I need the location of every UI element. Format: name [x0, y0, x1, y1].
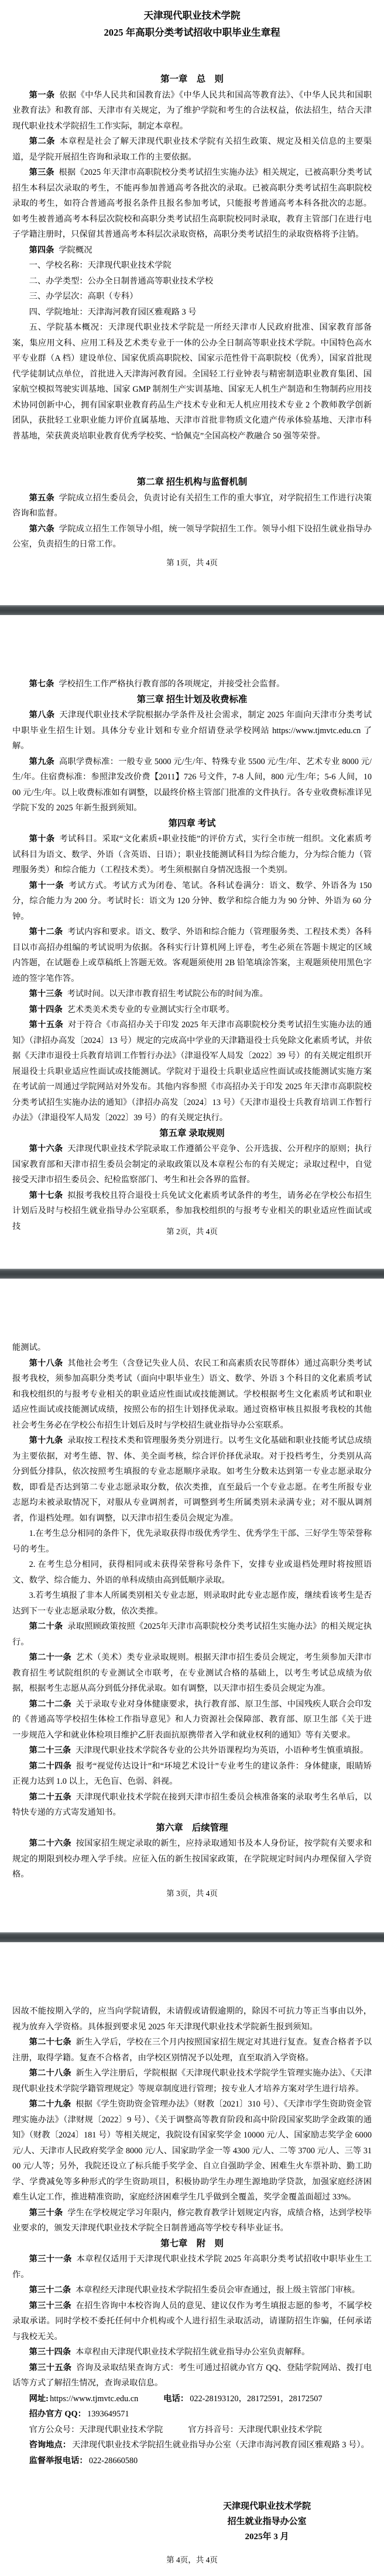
paragraph: 第八条天津现代职业技术学院根据办学条件及社会需求，制定 2025 年面向天津市分…	[12, 707, 372, 754]
paragraph: 三、办学层次：高职（专科）	[12, 289, 372, 305]
paragraph-text: 1.在考生总分相同的条件下，优先录取获得市级优秀学生、优秀学生干部、三好学生等荣…	[12, 1529, 372, 1554]
article-label: 第二十七条	[29, 2038, 71, 2047]
paragraph-text: 2. 在考生总分相同，获得相同或未获得荣誉称号条件下，安排专业或退档处理时将按照…	[12, 1560, 372, 1585]
contact-line: 监督举报电话：022-28660580	[12, 2453, 372, 2469]
paragraph: 第二十四条报考“视觉传达设计”和“环境艺术设计”专业考生的建议条件：身体健康，眼…	[12, 1759, 372, 1790]
page-separator	[0, 1932, 384, 1942]
page-1: 天津现代职业技术学院2025 年高职分类考试招收中职毕业生章程第一章 总 则第一…	[0, 0, 384, 605]
paragraph: 第三十五条咨询及录取结果查询方式：考生可通过招就办官方 QQ、登陆学院网站、拨打…	[12, 2360, 372, 2391]
paragraph-text: 本章程是社会了解天津现代职业技术学院有关招生政策、规定及相关信息的主要渠道，是学…	[12, 137, 372, 162]
article-label: 第二十六条	[29, 1839, 71, 1848]
contact-line: 官方公众号：天津现代职业技术学院 官方抖音号：天津现代职业技术学院	[12, 2422, 372, 2438]
blank-lines	[12, 41, 372, 72]
article-label: 第十七条	[29, 1191, 63, 1200]
paragraph: 第六条学院成立招生工作领导小组，统一领导学院招生工作。领导小组下设招生就业指导办…	[12, 522, 372, 553]
paragraph: 第五条学院成立招生委员会，负责讨论有关招生工作的重大事宜，对学院招生工作进行决策…	[12, 491, 372, 522]
paragraph: 五、学院基本概况：天津现代职业技术学院是一所经天津市人民政府批准、国家教育部备案…	[12, 320, 372, 444]
page-3: 能测试。第十八条其他社会考生（含登记失业人员、农民工和高素质农民等群体）通过高职…	[0, 1279, 384, 1932]
signature-block: 天津现代职业技术学院招生就业指导办公室2025年 3 月	[223, 2499, 311, 2544]
article-label: 第三十五条	[29, 2363, 72, 2373]
chapter-heading: 第五章 录取规则	[12, 1126, 372, 1142]
contact-label: 监督举报电话：	[29, 2456, 88, 2465]
article-label: 第十五条	[29, 1020, 64, 1030]
paragraph: 第九条高职学费标准：一般专业 5000 元/生/年、特殊专业 5500 元/生/…	[12, 754, 372, 816]
paragraph-text: 学生在学校规定学习年限内，修完教育教学计划规定内容，成绩合格，达到学校毕业要求的…	[12, 2208, 372, 2233]
article-label: 第二十五条	[29, 1793, 71, 1802]
article-label: 第三十条	[29, 2208, 63, 2218]
article-label: 第三十二条	[29, 2285, 71, 2295]
paragraph-text: 录取照顾政策按照《2025年天津市高职院校分类考试招生实施办法》的相关规定执行。	[12, 1622, 372, 1647]
paragraph-text: 学院概况	[59, 246, 92, 255]
paragraph-text: 天津现代职业技术学院根据办学条件及社会需求，制定 2025 年面向天津市分类考试…	[12, 710, 372, 751]
paragraph-text: 五、学院基本概况：天津现代职业技术学院是一所经天津市人民政府批准、国家教育部备案…	[12, 323, 372, 441]
contact-value: https://www.tjmvtc.edu.cn	[50, 2394, 138, 2404]
paragraph: 第二十六条按国家招生规定录取的新生，应持录取通知书及本人身份证，按学院有关要求和…	[12, 1836, 372, 1883]
article-label: 第十六条	[29, 1144, 63, 1154]
paragraph: 第七条学校招生工作严格执行教育部的各项规定，并接受社会监督。	[12, 676, 372, 692]
article-label: 第十九条	[29, 1436, 63, 1445]
paragraph: 第三十一条本章程仅适用于天津现代职业技术学院 2025 年高职分类考试招收中职毕…	[12, 2252, 372, 2283]
article-label: 第五条	[29, 493, 54, 503]
paragraph-text: 考试内容和要求。语文、数学、外语和综合能力（管理服务类、工程技术类）各科目以市高…	[12, 927, 372, 983]
chapter-heading: 第一章 总 则	[12, 72, 372, 88]
paragraph: 第十条考试科目。采取“文化素质+职业技能”的评价方式，实行全市统一组织。文化素质…	[12, 831, 372, 878]
page-2: 第七条学校招生工作严格执行教育部的各项规定，并接受社会监督。第三章 招生计划及收…	[0, 615, 384, 1269]
paragraph: 第十一条考试方式。考试方式为闭卷、笔试。各科试卷满分：语文、数学、外语各为 15…	[12, 878, 372, 925]
paragraph-text: 对于符合《市高招办关于印发 2025 年天津市高职院校分类考试招生实施办法的通知…	[12, 1020, 372, 1123]
article-label: 第十四条	[29, 1005, 63, 1014]
paragraph-text: 其他社会考生（含登记失业人员、农民工和高素质农民等群体）通过高职分类考试报考我校…	[12, 1359, 372, 1430]
contact-value: 022-28660580	[89, 2456, 138, 2465]
article-label: 第二十九条	[29, 2100, 71, 2109]
page-separator	[0, 1269, 384, 1279]
contact-value: 官方抖音号：天津现代职业技术学院	[188, 2425, 322, 2435]
contact-value	[163, 2425, 188, 2435]
document-title-line: 2025 年高职分类考试招收中职毕业生章程	[12, 24, 372, 41]
paragraph: 第十八条其他社会考生（含登记失业人员、农民工和高素质农民等群体）通过高职分类考试…	[12, 1356, 372, 1434]
chapter-heading: 第三章 招生计划及收费标准	[12, 692, 372, 708]
page-footer: 第 4页，共 4页	[0, 2556, 384, 2565]
article-label: 第四条	[29, 246, 54, 255]
paragraph: 第十六条天津现代职业技术学院录取工作遵循公平竞争、公开选拔、公开程序的原则；执行…	[12, 1141, 372, 1188]
paragraph-continuation: 能测试。	[12, 1340, 372, 1356]
paragraph-text: 天津现代职业技术学院录取工作遵循公平竞争、公开选拔、公开程序的原则；执行国家教育…	[12, 1144, 372, 1185]
signature-line: 招生就业指导办公室	[223, 2514, 311, 2529]
contact-value	[138, 2394, 163, 2404]
article-label: 第三十四条	[29, 2347, 71, 2357]
paragraph-text: 根据《学生资助资金管理办法》（财教〔2021〕310 号）、《天津市学生资助资金…	[12, 2100, 372, 2202]
paragraph: 一、学校名称：天津现代职业技术学院	[12, 258, 372, 274]
contact-label: 电话：	[163, 2394, 188, 2404]
article-label: 第十八条	[29, 1359, 63, 1368]
article-label: 第七条	[29, 679, 54, 689]
article-label: 第十一条	[29, 881, 64, 890]
paragraph-text: 3.若考生填报了非本人所属类别相关专业志愿，则录取时此专业志愿作废，继续看该考生…	[12, 1591, 372, 1616]
chapter-heading: 第六章 后续管理	[12, 1821, 372, 1836]
paragraph-text: 因故不能按期入学的，应当向学院请假，未请假或请假逾期的，除因不可抗力等正当事由以…	[12, 2007, 372, 2032]
article-label: 第二十一条	[29, 1653, 71, 1662]
contact-line: 招办官方 QQ：1393649571	[12, 2406, 372, 2422]
paragraph: 二、办学类型：公办全日制普通高等职业技术学校	[12, 274, 372, 289]
paragraph: 第三十四条本章程由天津现代职业技术学院招生就业指导办公室负责解释。	[12, 2344, 372, 2360]
article-label: 第二十四条	[29, 1762, 72, 1771]
article-label: 第十条	[29, 834, 55, 844]
paragraph: 3.若考生填报了非本人所属类别相关专业志愿，则录取时此专业志愿作废，继续看该考生…	[12, 1588, 372, 1619]
paragraph-text: 能测试。	[12, 1343, 46, 1352]
paragraph-text: 录取按工程技术类和管理服务类分别进行。以考生文化基础和职业技能考试总成绩为主要依…	[12, 1436, 372, 1523]
paragraph: 2. 在考生总分相同，获得相同或未获得荣誉称号条件下，安排专业或退档处理时将按照…	[12, 1557, 372, 1588]
paragraph-continuation: 因故不能按期入学的，应当向学院请假，未请假或请假逾期的，除因不可抗力等正当事由以…	[12, 2004, 372, 2035]
article-label: 第九条	[29, 757, 54, 766]
paragraph: 第四条学院概况	[12, 243, 372, 258]
page-footer: 第 2页，共 4页	[0, 1227, 384, 1237]
paragraph-text: 本章程经天津现代职业技术学院招生委员会审查通过，报上级主管部门审核。	[76, 2285, 360, 2295]
chapter-heading: 第七章 附 则	[12, 2236, 372, 2252]
paragraph: 第一条依据《中华人民共和国教育法》《中华人民共和国高等教育法》、《中华人民共和国…	[12, 88, 372, 134]
paragraph: 第十九条录取按工程技术类和管理服务类分别进行。以考生文化基础和职业技能考试总成绩…	[12, 1433, 372, 1526]
paragraph: 第二十三条天津现代职业技术学院各专业的公共外语课程均为英语，小语种考生慎重填报。	[12, 1743, 372, 1759]
article-label: 第二十八条	[29, 2069, 71, 2078]
paragraph-text: 考试方式。考试方式为闭卷、笔试。各科试卷满分：语文、数学、外语各为 150 分，…	[12, 881, 372, 921]
paragraph-text: 拟报考我校且符合退役士兵免试文化素质考试条件的考生，请务必在学校公布招生计划后及…	[12, 1191, 372, 1231]
page-footer: 第 1页，共 4页	[0, 558, 384, 568]
contact-label: 网址:	[29, 2394, 49, 2404]
paragraph-text: 学院成立招生工作领导小组，统一领导学院招生工作。领导小组下设招生就业指导办公室，…	[12, 524, 372, 550]
contact-value: 022-28193120，28172591，28172507	[190, 2394, 322, 2404]
paragraph: 第三条根据《2025 年天津市高职院校分类考试招生实施办法》相关规定，已被高职分…	[12, 165, 372, 243]
page-footer: 第 3页，共 4页	[0, 1889, 384, 1898]
paragraph: 第三十条学生在学校规定学习年限内，修完教育教学计划规定内容，成绩合格，达到学校毕…	[12, 2205, 372, 2236]
signature-line: 天津现代职业技术学院	[223, 2499, 311, 2514]
article-label: 第十三条	[29, 989, 63, 999]
chapter-heading: 第四章 考试	[12, 816, 372, 832]
paragraph-text: 高职学费标准：一般专业 5000 元/生/年、特殊专业 5500 元/生/年、艺…	[12, 757, 372, 813]
paragraph-text: 考试科目。采取“文化素质+职业技能”的评价方式，实行全市统一组织。文化素质考试科…	[12, 834, 372, 875]
article-label: 第三十一条	[29, 2254, 72, 2264]
paragraph: 第二十二条关于录取专业对身体健康要求，执行教育部、原卫生部、中国残疾人联合会印发…	[12, 1697, 372, 1743]
contact-label: 咨询地点：	[29, 2440, 71, 2450]
paragraph: 第三十三条在招生咨询中本校咨询人员的意见、建议仅作为考生填报志愿的参考，不属学校…	[12, 2298, 372, 2345]
paragraph-text: 学校招生工作严格执行教育部的各项规定，并接受社会监督。	[59, 679, 284, 689]
contact-label: 招办官方 QQ：	[29, 2409, 86, 2419]
paragraph: 第二十一条艺术（美术）类专业录取规则。根据天津市招生委员会规定，考生须参加天津市…	[12, 1650, 372, 1697]
article-label: 第八条	[29, 710, 55, 720]
chapter-heading: 第二章 招生机构与监督机制	[12, 475, 372, 491]
paragraph-text: 二、办学类型：公办全日制普通高等职业技术学校	[29, 277, 214, 286]
contact-line: 网址:https://www.tjmvtc.edu.cn 电话：022-2819…	[12, 2391, 372, 2407]
paragraph: 第十三条考试时间。以天津市教育招生考试院公布的时间为准。	[12, 986, 372, 1002]
blank-lines	[12, 444, 372, 475]
paragraph-text: 天津现代职业技术学院各专业的公共外语课程均为英语，小语种考生慎重填报。	[76, 1746, 368, 1755]
paragraph: 1.在考生总分相同的条件下，优先录取获得市级优秀学生、优秀学生干部、三好学生等荣…	[12, 1526, 372, 1557]
paragraph: 第三十二条本章程经天津现代职业技术学院招生委员会审查通过，报上级主管部门审核。	[12, 2283, 372, 2298]
paragraph-text: 根据《2025 年天津市高职院校分类考试招生实施办法》相关规定，已被高职分类考试…	[12, 168, 372, 239]
article-label: 第三十三条	[29, 2301, 71, 2311]
paragraph-text: 三、办学层次：高职（专科）	[29, 292, 138, 301]
article-label: 第十二条	[29, 927, 63, 937]
article-label: 第二十二条	[29, 1700, 71, 1709]
signature-line: 2025年 3 月	[223, 2529, 311, 2544]
article-label: 第二条	[29, 137, 55, 146]
paragraph-text: 艺术类美术类专业的专业测试实行全市联考。	[67, 1005, 235, 1014]
paragraph-text: 学院成立招生委员会，负责讨论有关招生工作的重大事宜，对学院招生工作进行决策咨询和…	[12, 493, 372, 519]
paragraph: 四、学院地址：天津海河教育园区雅观路 3 号	[12, 305, 372, 320]
paragraph: 第二十九条根据《学生资助资金管理办法》（财教〔2021〕310 号）、《天津市学…	[12, 2097, 372, 2205]
contact-line: 咨询地点：天津现代职业技术学院招生就业指导办公室（天津市海河教育园区雅观路 3 …	[12, 2437, 372, 2453]
contact-value: 1393649571	[87, 2409, 129, 2419]
paragraph-text: 本章程由天津现代职业技术学院招生就业指导办公室负责解释。	[76, 2347, 310, 2357]
article-label: 第二十条	[29, 1622, 63, 1631]
paragraph: 第二十七条新生入学后，学校在三个月内按照国家招生规定对其进行复查。复查合格者予以…	[12, 2035, 372, 2066]
paragraph-text: 依据《中华人民共和国教育法》《中华人民共和国高等教育法》、《中华人民共和国职业教…	[12, 91, 372, 131]
article-label: 第二十三条	[29, 1746, 71, 1755]
paragraph: 第二十五条天津现代职业技术学院在接到天津市招生委员会核准备案的录取考生名单后，以…	[12, 1790, 372, 1821]
paragraph: 第二条本章程是社会了解天津现代职业技术学院有关招生政策、规定及相关信息的主要渠道…	[12, 134, 372, 165]
paragraph: 第二十条录取照顾政策按照《2025年天津市高职院校分类考试招生实施办法》的相关规…	[12, 1619, 372, 1650]
paragraph: 第十四条艺术类美术类专业的专业测试实行全市联考。	[12, 1002, 372, 1018]
paragraph: 第十五条对于符合《市高招办关于印发 2025 年天津市高职院校分类考试招生实施办…	[12, 1017, 372, 1126]
contact-value: 官方公众号：天津现代职业技术学院	[29, 2425, 163, 2435]
document: 天津现代职业技术学院2025 年高职分类考试招收中职毕业生章程第一章 总 则第一…	[0, 0, 384, 2575]
document-title-line: 天津现代职业技术学院	[12, 7, 372, 24]
article-label: 第一条	[29, 91, 55, 100]
article-label: 第三条	[29, 168, 54, 177]
page-4: 因故不能按期入学的，应当向学院请假，未请假或请假逾期的，除因不可抗力等正当事由以…	[0, 1942, 384, 2575]
paragraph-text: 一、学校名称：天津现代职业技术学院	[29, 261, 172, 270]
paragraph-text: 四、学院地址：天津海河教育园区雅观路 3 号	[29, 308, 197, 317]
paragraph: 第二十八条新生入学注册后，学院根据《天津现代职业技术学院学生管理实施办法》、《天…	[12, 2066, 372, 2097]
paragraph: 第十二条考试内容和要求。语文、数学、外语和综合能力（管理服务类、工程技术类）各科…	[12, 924, 372, 986]
paragraph-text: 考试时间。以天津市教育招生考试院公布的时间为准。	[67, 989, 268, 999]
contact-value: 天津现代职业技术学院招生就业指导办公室（天津市海河教育园区雅观路 3 号）。	[72, 2440, 369, 2450]
page-separator	[0, 605, 384, 615]
article-label: 第六条	[29, 524, 54, 534]
